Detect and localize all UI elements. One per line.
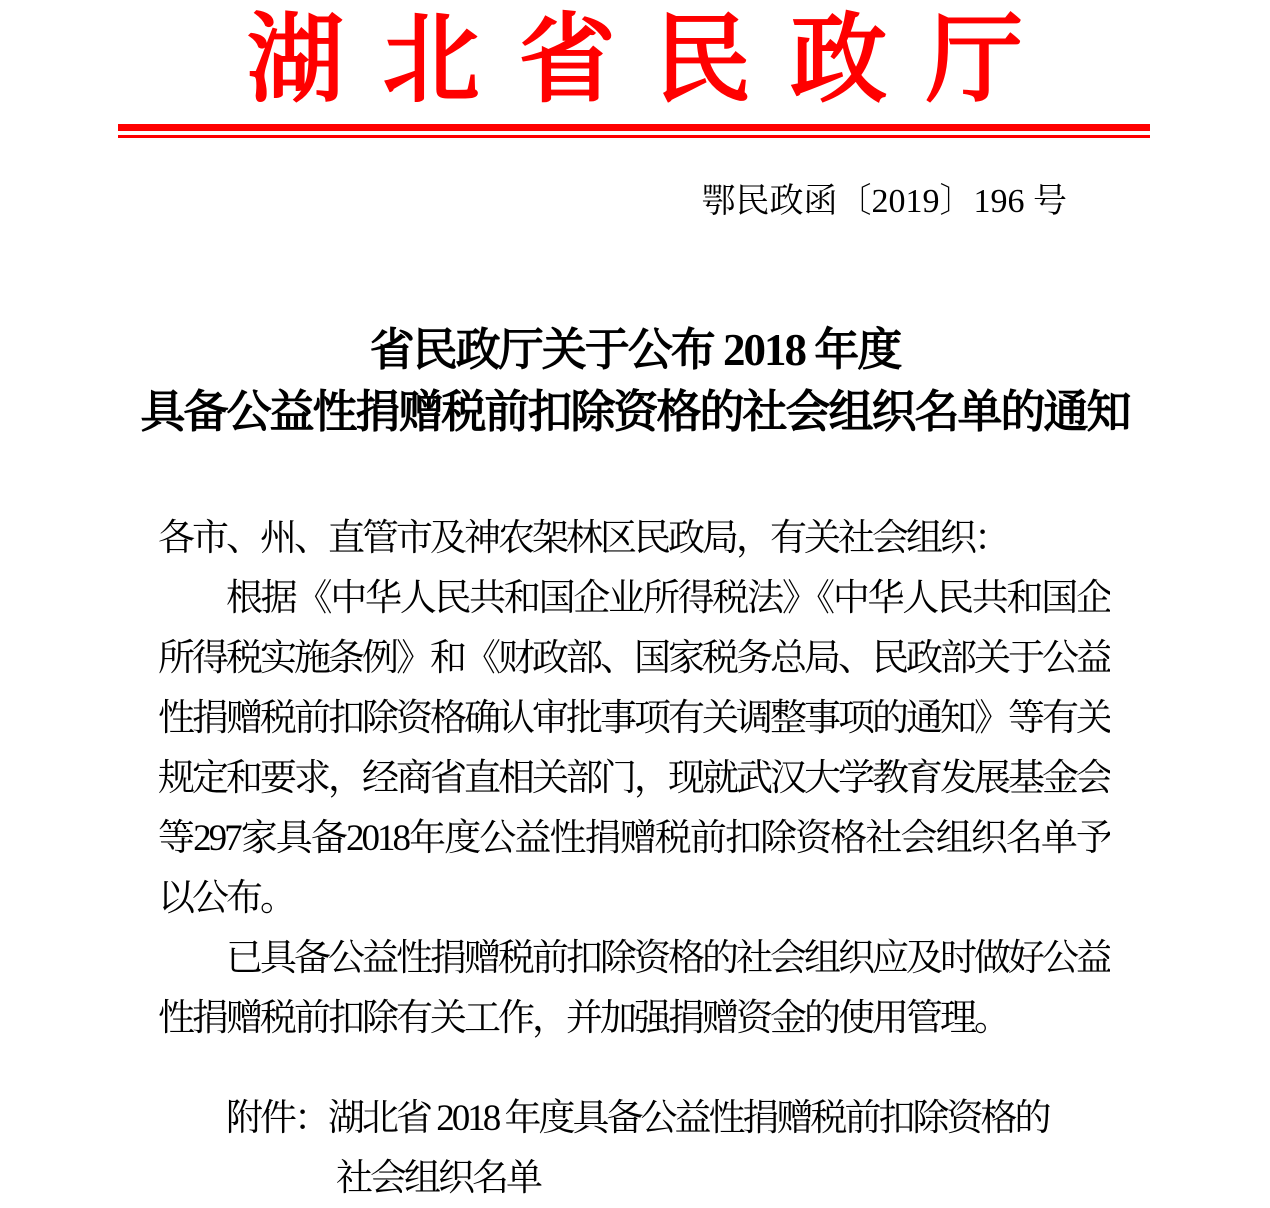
body-line: 以公布。 <box>158 869 1110 929</box>
document-title-line-2: 具备公益性捐赠税前扣除资格的社会组织名单的通知 <box>0 381 1270 443</box>
body-line: 已具备公益性捐赠税前扣除资格的社会组织应及时做好公益 <box>158 929 1110 989</box>
document-body: 各市、州、直管市及神农架林区民政局，有关社会组织： 根据《中华人民共和国企业所得… <box>158 509 1110 1208</box>
document-title-line-1: 省民政厅关于公布 2018 年度 <box>0 319 1270 381</box>
official-document-page: 湖北省民政厅 鄂民政函〔2019〕196 号 省民政厅关于公布 2018 年度 … <box>0 0 1270 1208</box>
document-number: 鄂民政函〔2019〕196 号 <box>0 182 1270 222</box>
divider-thin-line <box>118 135 1150 138</box>
attachment-note: 附件：湖北省 2018 年度具备公益性捐赠税前扣除资格的 社会组织名单 <box>158 1089 1110 1208</box>
body-line: 性捐赠税前扣除资格确认审批事项有关调整事项的通知》等有关 <box>158 689 1110 749</box>
agency-name: 湖北省民政厅 <box>0 4 1270 118</box>
letterhead: 湖北省民政厅 <box>0 0 1270 138</box>
body-line: 所得税实施条例》和《财政部、国家税务总局、民政部关于公益 <box>158 629 1110 689</box>
attachment-line-1: 附件：湖北省 2018 年度具备公益性捐赠税前扣除资格的 <box>158 1089 1110 1149</box>
divider-thick-line <box>118 124 1150 131</box>
body-line: 性捐赠税前扣除有关工作，并加强捐赠资金的使用管理。 <box>158 989 1110 1049</box>
body-line: 规定和要求，经商省直相关部门，现就武汉大学教育发展基金会 <box>158 749 1110 809</box>
salutation-line: 各市、州、直管市及神农架林区民政局，有关社会组织： <box>158 509 1110 569</box>
body-line: 根据《中华人民共和国企业所得税法》《中华人民共和国企业 <box>158 569 1110 629</box>
letterhead-divider <box>118 124 1150 138</box>
body-line: 等297家具备2018年度公益性捐赠税前扣除资格社会组织名单予 <box>158 809 1110 869</box>
document-title: 省民政厅关于公布 2018 年度 具备公益性捐赠税前扣除资格的社会组织名单的通知 <box>0 319 1270 443</box>
attachment-line-2: 社会组织名单 <box>158 1149 1110 1208</box>
